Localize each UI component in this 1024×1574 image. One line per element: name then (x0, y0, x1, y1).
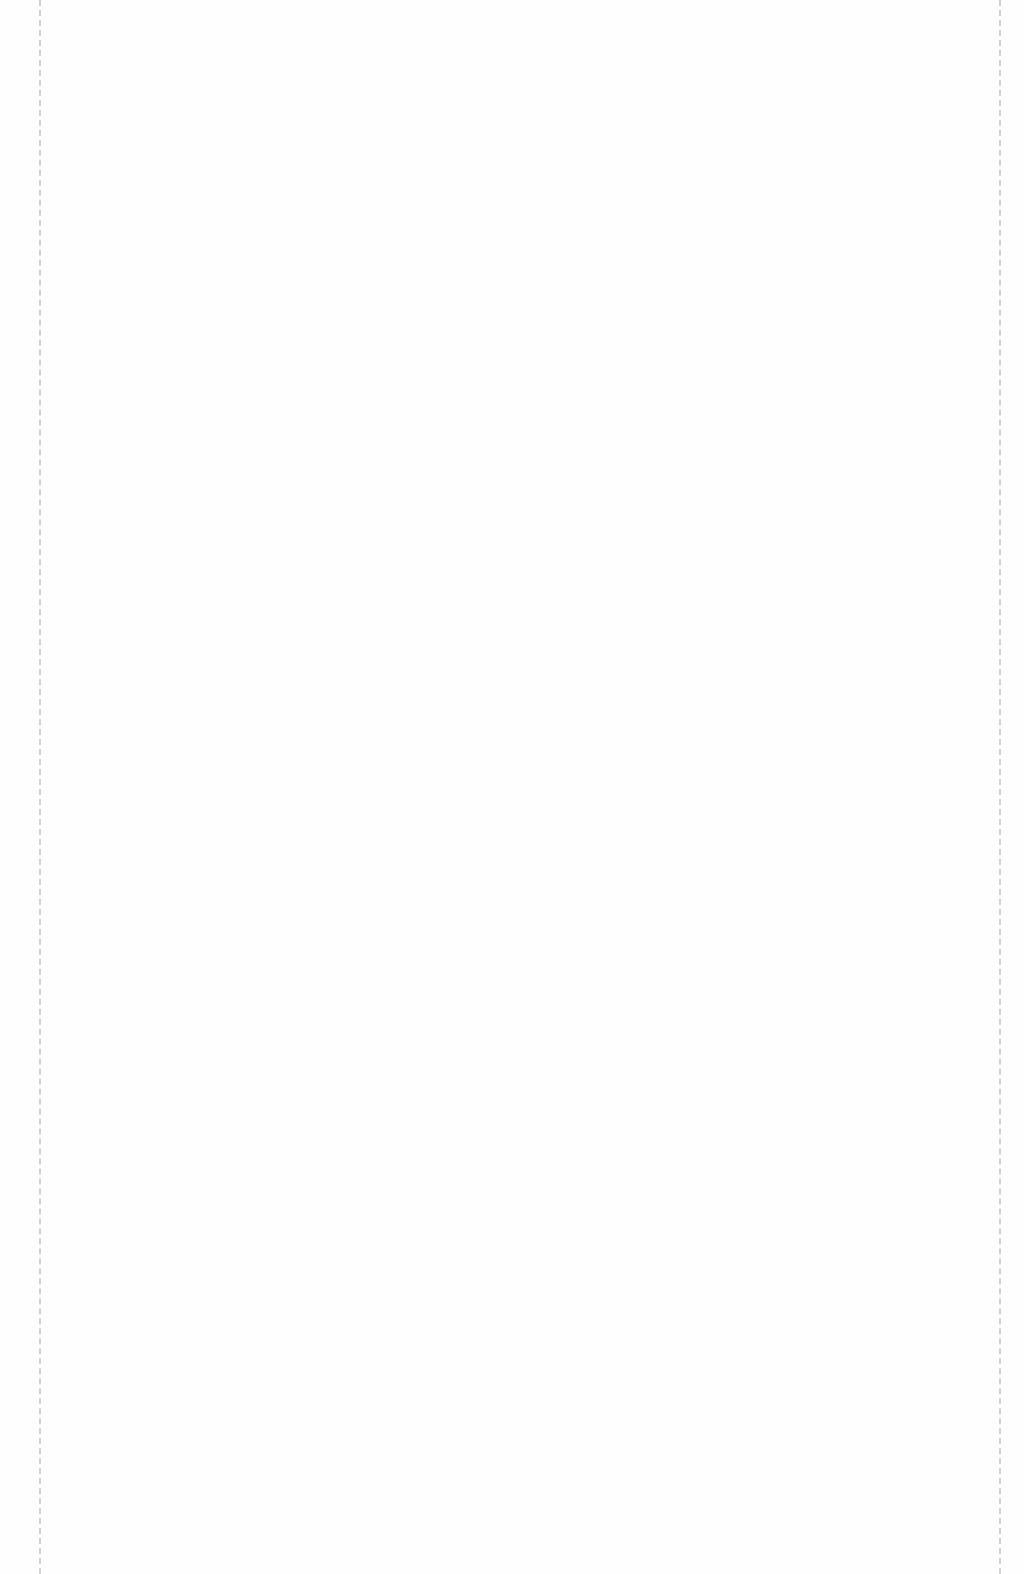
page-content (170, 192, 922, 386)
footer-watermark (998, 1556, 1006, 1558)
notation-line-1 (170, 200, 922, 266)
watermark-column-left (8, 8, 38, 1574)
page-edge-rule-left (39, 0, 41, 1574)
notation-line-2 (170, 296, 922, 362)
scanned-script-page (0, 0, 1024, 1574)
page-edge-rule-right (999, 0, 1001, 1574)
watermark-column-right (990, 8, 1020, 1574)
